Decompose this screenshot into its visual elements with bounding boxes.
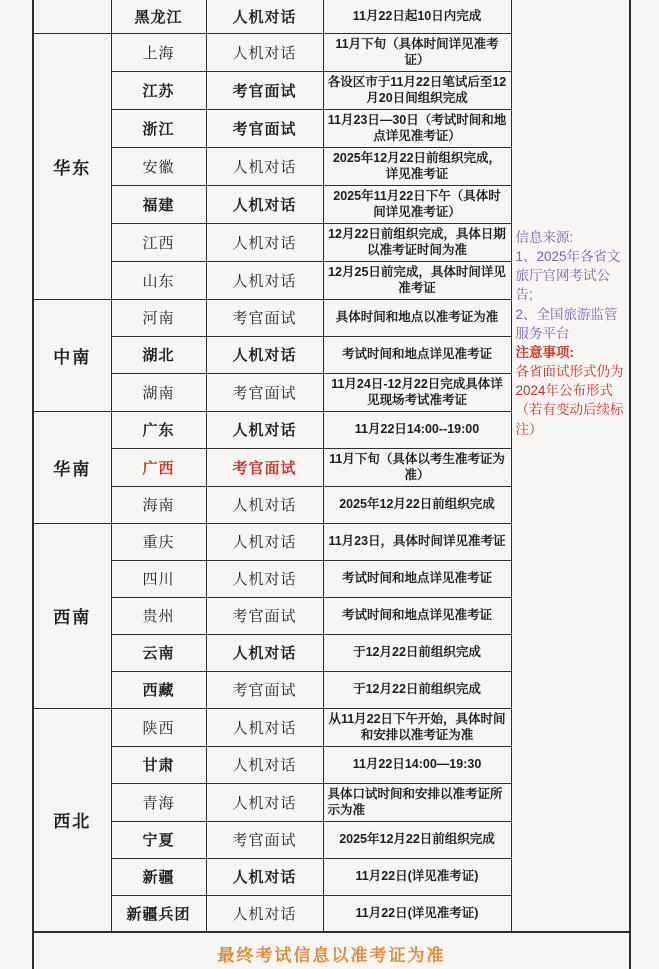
exam-time-cell: 于12月22日前组织完成 [323,671,511,708]
interview-type-cell: 人机对话 [206,560,323,597]
exam-time-cell: 11月24日-12月22日完成具体详见现场考试准考证 [323,373,511,411]
province-cell: 江西 [111,223,206,261]
province-cell: 新疆兵团 [111,895,206,932]
interview-type-cell: 人机对话 [206,336,323,373]
exam-time-cell: 11月22日起10日内完成 [323,0,511,33]
exam-time-cell: 12月25日前完成，具体时间详见准考证 [323,261,511,299]
province-cell: 上海 [111,33,206,71]
province-cell: 河南 [111,299,206,336]
province-cell: 湖南 [111,373,206,411]
province-cell: 浙江 [111,109,206,147]
interview-type-cell: 考官面试 [206,597,323,634]
exam-time-cell: 2025年11月22日下午（具体时间详见准考证） [323,185,511,223]
province-cell: 湖北 [111,336,206,373]
province-cell: 山东 [111,261,206,299]
exam-time-cell: 2025年12月22日前组织完成，详见准考证 [323,147,511,185]
exam-time-cell: 11月22日(详见准考证) [323,858,511,895]
province-cell: 云南 [111,634,206,671]
interview-type-cell: 人机对话 [206,634,323,671]
province-cell: 广西 [111,448,206,486]
exam-time-cell: 具体时间和地点以准考证为准 [323,299,511,336]
exam-time-cell: 于12月22日前组织完成 [323,634,511,671]
province-cell: 安徽 [111,147,206,185]
province-cell: 黑龙江 [111,0,206,33]
interview-type-cell: 人机对话 [206,261,323,299]
interview-type-cell: 人机对话 [206,708,323,746]
region-cell-华东: 华东 [33,33,111,299]
exam-time-cell: 考试时间和地点详见准考证 [323,560,511,597]
notes-source-item: 1、2025年各省文旅厅官网考试公告; [516,247,628,304]
province-cell: 西藏 [111,671,206,708]
province-cell: 福建 [111,185,206,223]
province-cell: 海南 [111,486,206,523]
exam-time-cell: 11月22日(详见准考证) [323,895,511,932]
exam-time-cell: 考试时间和地点详见准考证 [323,597,511,634]
interview-type-cell: 人机对话 [206,486,323,523]
province-cell: 青海 [111,783,206,821]
exam-time-cell: 11月23日，具体时间详见准考证 [323,523,511,560]
exam-time-cell: 11月22日14:00—19:30 [323,746,511,783]
interview-type-cell: 人机对话 [206,0,323,33]
notes-notice-title: 注意事项: [516,343,628,362]
exam-time-cell: 11月下旬（具体时间详见准考证） [323,33,511,71]
province-cell: 贵州 [111,597,206,634]
region-cell-西北: 西北 [33,708,111,932]
interview-type-cell: 人机对话 [206,185,323,223]
table-footer-row: 最终考试信息以准考证为准 [33,932,630,969]
region-cell-中南: 中南 [33,299,111,411]
notes-cell: 信息来源:1、2025年各省文旅厅官网考试公告;2、全国旅游监管服务平台注意事项… [511,0,630,932]
interview-type-cell: 人机对话 [206,223,323,261]
province-cell: 甘肃 [111,746,206,783]
province-cell: 宁夏 [111,821,206,858]
interview-type-cell: 人机对话 [206,147,323,185]
exam-table-body: 黑龙江人机对话11月22日起10日内完成信息来源:1、2025年各省文旅厅官网考… [33,0,630,932]
interview-type-cell: 人机对话 [206,523,323,560]
province-cell: 陕西 [111,708,206,746]
table-row: 黑龙江人机对话11月22日起10日内完成信息来源:1、2025年各省文旅厅官网考… [33,0,630,33]
interview-type-cell: 考官面试 [206,299,323,336]
exam-schedule-page: 黑龙江人机对话11月22日起10日内完成信息来源:1、2025年各省文旅厅官网考… [0,0,659,969]
exam-time-cell: 考试时间和地点详见准考证 [323,336,511,373]
interview-type-cell: 考官面试 [206,448,323,486]
exam-time-cell: 12月22日前组织完成，具体日期以准考证时间为准 [323,223,511,261]
footer-note: 最终考试信息以准考证为准 [33,932,630,969]
interview-type-cell: 考官面试 [206,71,323,109]
exam-time-cell: 具体口试时间和安排以准考证所示为准 [323,783,511,821]
interview-type-cell: 人机对话 [206,411,323,448]
exam-time-cell: 11月下旬（具体以考生准考证为准） [323,448,511,486]
interview-type-cell: 考官面试 [206,821,323,858]
interview-type-cell: 考官面试 [206,671,323,708]
exam-time-cell: 2025年12月22日前组织完成 [323,821,511,858]
region-cell-华南: 华南 [33,411,111,523]
interview-type-cell: 人机对话 [206,783,323,821]
region-cell-西南: 西南 [33,523,111,708]
province-cell: 新疆 [111,858,206,895]
interview-type-cell: 人机对话 [206,895,323,932]
notes-source-title: 信息来源: [516,228,628,247]
interview-type-cell: 考官面试 [206,373,323,411]
interview-type-cell: 人机对话 [206,33,323,71]
exam-time-cell: 11月22日14:00--19:00 [323,411,511,448]
province-cell: 江苏 [111,71,206,109]
province-cell: 四川 [111,560,206,597]
exam-time-cell: 各设区市于11月22日笔试后至12月20日间组织完成 [323,71,511,109]
exam-time-cell: 从11月22日下午开始，具体时间和安排以准考证为准 [323,708,511,746]
notes-notice-body: 各省面试形式仍为2024年公布形式（若有变动后续标注） [516,362,628,439]
province-cell: 重庆 [111,523,206,560]
interview-type-cell: 人机对话 [206,858,323,895]
exam-schedule-table: 黑龙江人机对话11月22日起10日内完成信息来源:1、2025年各省文旅厅官网考… [32,0,631,969]
exam-time-cell: 2025年12月22日前组织完成 [323,486,511,523]
region-cell-top [33,0,111,33]
province-cell: 广东 [111,411,206,448]
exam-time-cell: 11月23日—30日（考试时间和地点详见准考证） [323,109,511,147]
notes-source-item: 2、全国旅游监管服务平台 [516,305,628,343]
interview-type-cell: 人机对话 [206,746,323,783]
interview-type-cell: 考官面试 [206,109,323,147]
